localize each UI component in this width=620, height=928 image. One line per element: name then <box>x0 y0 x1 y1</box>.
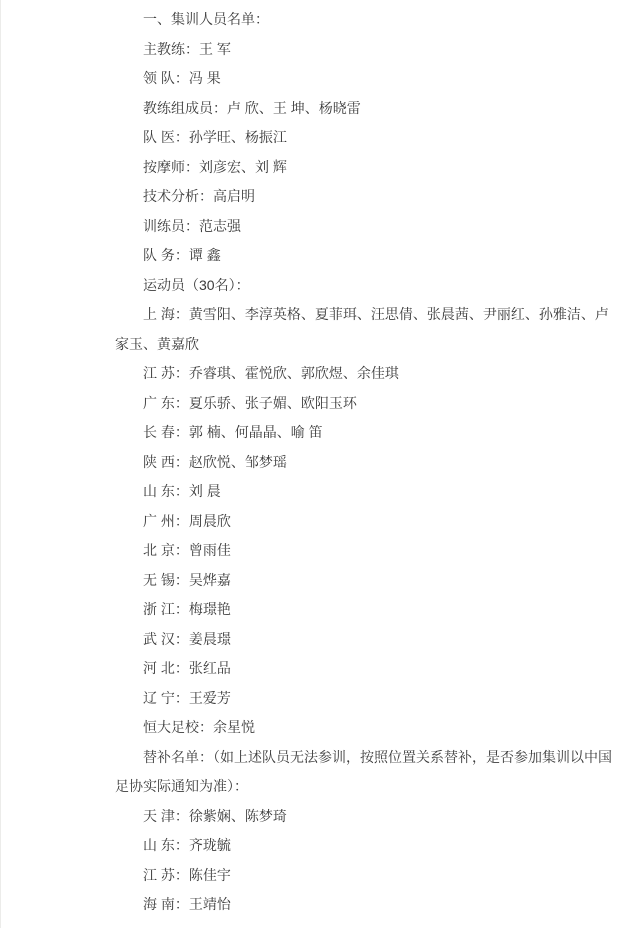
staff-coaching-group: 教练组成员：卢 欣、王 坤、杨晓雷 <box>115 94 614 124</box>
players-hebei: 河 北：张红品 <box>115 654 614 684</box>
players-jiangsu: 江 苏：乔睿琪、霍悦欣、郭欣煜、余佳琪 <box>115 359 614 389</box>
subs-hainan: 海 南：王靖怡 <box>115 890 614 920</box>
staff-trainer: 训练员：范志强 <box>115 212 614 242</box>
subs-shandong: 山 东：齐珑毓 <box>115 831 614 861</box>
players-guangdong: 广 东：夏乐骄、张子媚、欧阳玉环 <box>115 389 614 419</box>
players-beijing: 北 京：曾雨佳 <box>115 536 614 566</box>
document-page: 一、集训人员名单：主教练：王 军领 队：冯 果教练组成员：卢 欣、王 坤、杨晓雷… <box>0 0 620 928</box>
staff-team-doctor: 队 医：孙学旺、杨振江 <box>115 123 614 153</box>
players-liaoning: 辽 宁：王爱芳 <box>115 684 614 714</box>
players-evergrande: 恒大足校：余星悦 <box>115 713 614 743</box>
players-wuxi: 无 锡：吴烨嘉 <box>115 566 614 596</box>
subs-tianjin: 天 津：徐紫娴、陈梦琦 <box>115 802 614 832</box>
staff-masseur: 按摩师：刘彦宏、刘 辉 <box>115 153 614 183</box>
substitutes-heading: 替补名单：（如上述队员无法参训，按照位置关系替补，是否参加集训以中国足协实际通知… <box>115 743 614 802</box>
players-zhejiang: 浙 江：梅璟艳 <box>115 595 614 625</box>
players-changchun: 长 春：郭 楠、何晶晶、喻 笛 <box>115 418 614 448</box>
staff-team-affairs: 队 务：谭 鑫 <box>115 241 614 271</box>
players-heading: 运动员（30名）： <box>115 271 614 301</box>
players-shandong: 山 东：刘 晨 <box>115 477 614 507</box>
staff-team-leader: 领 队：冯 果 <box>115 64 614 94</box>
players-shanghai: 上 海：黄雪阳、李淳英格、夏菲珥、汪思倩、张晨茜、尹丽红、孙雅洁、卢家玉、黄嘉欣 <box>115 300 614 359</box>
roster-heading: 一、集训人员名单： <box>115 5 614 35</box>
players-guangzhou: 广 州：周晨欣 <box>115 507 614 537</box>
staff-technical-analyst: 技术分析：高启明 <box>115 182 614 212</box>
players-wuhan: 武 汉：姜晨璟 <box>115 625 614 655</box>
staff-head-coach: 主教练：王 军 <box>115 35 614 65</box>
players-shaanxi: 陕 西：赵欣悦、邹梦瑶 <box>115 448 614 478</box>
subs-jiangsu: 江 苏：陈佳宇 <box>115 861 614 891</box>
document-body: 一、集训人员名单：主教练：王 军领 队：冯 果教练组成员：卢 欣、王 坤、杨晓雷… <box>1 0 620 920</box>
